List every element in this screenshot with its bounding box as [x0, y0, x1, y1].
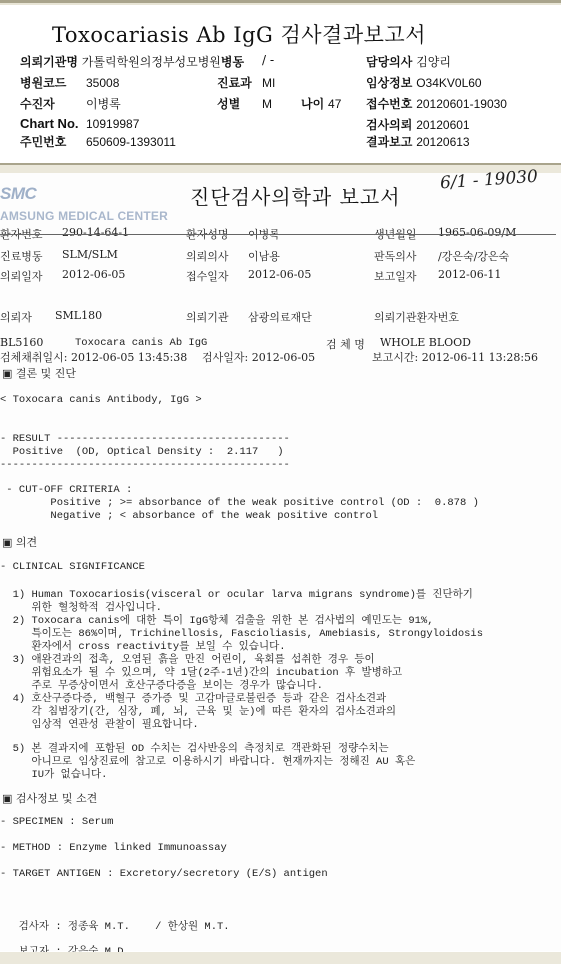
label: Chart No. [20, 116, 86, 131]
section-opinion: ▣ 의견 [2, 534, 37, 550]
section-conclusion: ▣ 결론 및 진단 [2, 365, 76, 381]
value: 10919987 [86, 117, 139, 131]
label: 성별 [217, 95, 262, 112]
label: 진료과 [217, 74, 262, 91]
reading-doctor-label: 판독의사 [374, 248, 417, 264]
reading-doctor: /강은숙/강은숙 [438, 248, 509, 264]
result-footer: ----------------------------------------… [0, 459, 290, 471]
attending-doctor: 담당의사 김양리 [366, 53, 451, 70]
value: 20120601 [416, 118, 469, 132]
patient-number: 290-14-64-1 [62, 226, 129, 239]
requesting-institution: 삼광의료재단 [248, 309, 312, 325]
method-line: - METHOD : Enzyme linked Immunoassay [0, 842, 227, 854]
section-test-info: ▣ 검사정보 및 소견 [2, 790, 97, 806]
value: 35008 [86, 76, 119, 90]
request-date-label: 의뢰일자 [0, 268, 43, 284]
value: 47 [328, 97, 341, 111]
label: 주민번호 [20, 133, 86, 150]
patient-name: 수진자이병록 [20, 95, 121, 112]
specimen-name: WHOLE BLOOD [380, 336, 471, 349]
ward-label: 진료병동 [0, 248, 43, 264]
label: 의뢰기관명 [20, 55, 78, 69]
cutoff-title: - CUT-OFF CRITERIA : [0, 484, 132, 496]
requester: SML180 [55, 309, 102, 322]
clinical-line: 임상적 연관성 관찰이 필요합니다. [0, 716, 199, 731]
bottom-border-band [0, 952, 561, 964]
tester-line: 검사자 : 정종육 M.T. / 한상원 M.T. [6, 918, 230, 933]
requesting-doctor: 이남용 [248, 248, 280, 264]
value: 이병록 [86, 97, 121, 111]
antibody-heading: < Toxocara canis Antibody, IgG > [0, 394, 202, 406]
report-header: Toxocariasis Ab IgG 검사결과보고서 의뢰기관명 가톨릭학원의… [0, 5, 561, 155]
result-header: - RESULT -------------------------------… [0, 433, 290, 445]
department: 진료과MI [217, 74, 275, 91]
clinical-info: 임상정보 O34KV0L60 [366, 74, 482, 91]
clinical-significance-title: - CLINICAL SIGNIFICANCE [0, 561, 145, 573]
cutoff-negative: Negative ; < absorbance of the weak posi… [0, 510, 378, 522]
label: 병원코드 [20, 74, 86, 91]
label: 결과보고 [366, 135, 412, 149]
report-date: 2012-06-11 [438, 268, 501, 281]
smc-logo: SMC [0, 184, 36, 204]
birth-date: 1965-06-09/M [438, 226, 516, 239]
sex: 성별M [217, 95, 272, 112]
ward-value: / - [262, 53, 274, 67]
label: 수진자 [20, 95, 86, 112]
report-title: 진단검사의학과 보고서 [190, 181, 401, 210]
hospital-name-logo: AMSUNG MEDICAL CENTER [0, 209, 168, 223]
specimen-line: - SPECIMEN : Serum [0, 816, 113, 828]
label: 나이 [301, 97, 324, 111]
strikethrough-line [0, 234, 556, 235]
receipt-number: 접수번호 20120601-19030 [366, 95, 507, 112]
label: 접수번호 [366, 97, 412, 111]
test-code: BL5160 [0, 336, 43, 349]
target-antigen-line: - TARGET ANTIGEN : Excretory/secretory (… [0, 868, 328, 880]
value: 20120601-19030 [416, 97, 507, 111]
label: 검사의뢰 [366, 118, 412, 132]
value: 650609-1393011 [86, 135, 176, 149]
hospital-code: 병원코드35008 [20, 74, 119, 91]
chart-number: Chart No.10919987 [20, 116, 139, 131]
value: 김양리 [416, 55, 451, 69]
test-date: 검사일자: 2012-06-05 [202, 349, 315, 365]
report-time: 보고시간: 2012-06-11 13:28:56 [372, 349, 538, 365]
clinical-line: IU가 없습니다. [0, 766, 107, 781]
institution-patient-number-label: 의뢰기관환자번호 [374, 309, 459, 325]
value: MI [262, 76, 275, 90]
requesting-institution-label: 의뢰기관 [186, 309, 229, 325]
receipt-date-label: 접수일자 [186, 268, 229, 284]
receipt-date: 2012-06-05 [248, 268, 311, 281]
page-title: Toxocariasis Ab IgG 검사결과보고서 [52, 19, 426, 49]
age: 나이 47 [301, 95, 341, 112]
result-report-date: 결과보고 20120613 [366, 133, 470, 150]
requester-label: 의뢰자 [0, 309, 32, 325]
test-name: Toxocara canis Ab IgG [75, 337, 207, 349]
label: 임상정보 [366, 76, 412, 90]
test-request-date: 검사의뢰 20120601 [366, 116, 470, 133]
report-date-label: 보고일자 [374, 268, 417, 284]
label: 병동 [221, 55, 244, 69]
ward: SLM/SLM [62, 248, 118, 261]
value: M [262, 97, 272, 111]
request-date: 2012-06-05 [62, 268, 125, 281]
cutoff-positive: Positive ; >= absorbance of the weak pos… [0, 497, 479, 509]
value: 가톨릭학원의정부성모병원 [82, 55, 221, 69]
label: 담당의사 [366, 55, 412, 69]
resident-number: 주민번호650609-1393011 [20, 133, 176, 150]
value: O34KV0L60 [416, 76, 481, 90]
collection-datetime: 검체채취일시: 2012-06-05 13:45:38 [0, 349, 187, 365]
value: 20120613 [416, 135, 469, 149]
requesting-doctor-label: 의뢰의사 [186, 248, 229, 264]
result-value: Positive (OD, Optical Density : 2.117 ) [0, 446, 284, 458]
specimen-name-label: 검 체 명 [326, 336, 365, 352]
requesting-institution: 의뢰기관명 가톨릭학원의정부성모병원병동 [20, 53, 244, 70]
